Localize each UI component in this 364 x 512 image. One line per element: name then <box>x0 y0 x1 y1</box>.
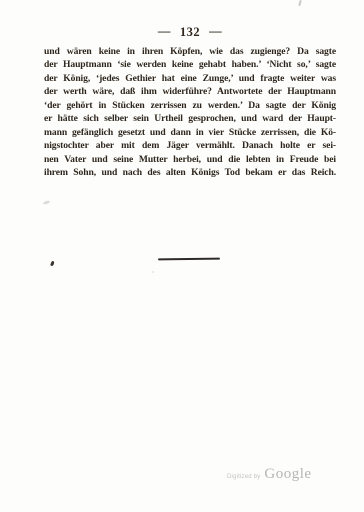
text-line: und wären keine in ihren Köpfen, wie das… <box>44 45 336 59</box>
ink-speck <box>50 261 54 266</box>
page-header: —132— <box>44 25 336 40</box>
text-line: er hätte sich selber sein Urtheil gespro… <box>44 112 336 126</box>
page-number: 132 <box>180 25 200 40</box>
text-line: der werth wäre, daß ihm widerführe? Antw… <box>44 85 336 99</box>
ink-dot <box>152 271 154 273</box>
text-line: mann gefänglich gesetzt und dann in vier… <box>44 126 336 140</box>
text-line: der König, ‘jedes Gethier hat eine Zunge… <box>44 72 336 86</box>
google-watermark: Digitized by Google <box>227 466 312 483</box>
digitized-by-label: Digitized by <box>227 474 260 480</box>
text-line: nigstochter aber mit dem Jäger vermählt.… <box>44 139 336 153</box>
header-dash-left: — <box>158 24 171 39</box>
text-line: der Hauptmann ‘sie werden keine gehabt h… <box>44 58 336 72</box>
header-dash-right: — <box>209 24 222 39</box>
body-text-block: und wären keine in ihren Köpfen, wie das… <box>44 45 336 180</box>
text-line: ‘der gehört in Stücken zerrissen zu werd… <box>44 99 336 113</box>
text-line: ihrem Sohn, und nach des alten Königs To… <box>44 166 336 180</box>
text-line: nen Vater und seine Mutter herbei, und d… <box>44 153 336 167</box>
ink-smudge <box>43 200 51 205</box>
google-logo: Google <box>264 466 311 483</box>
ink-speck-top-right <box>298 0 301 6</box>
section-end-rule <box>158 258 220 260</box>
scanned-book-page: —132— und wären keine in ihren Köpfen, w… <box>0 0 364 512</box>
